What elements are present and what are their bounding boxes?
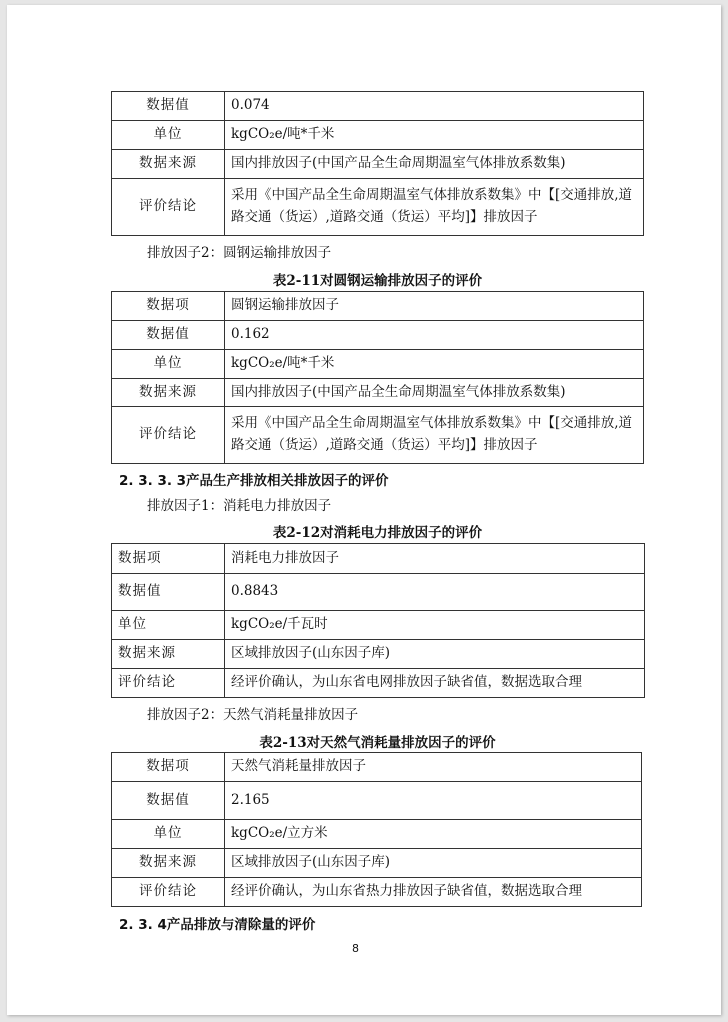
row-value: 0.074 <box>225 92 644 121</box>
row-value: 区域排放因子(山东因子库) <box>225 849 642 878</box>
row-key: 单位 <box>112 820 225 849</box>
factor2-transport-label: 排放因子2：圆钢运输排放因子 <box>147 241 331 261</box>
row-value: 消耗电力排放因子 <box>225 544 645 574</box>
table-row: 数据值 0.074 <box>112 92 644 121</box>
document-page: 数据值 0.074 单位 kgCO₂e/吨*千米 数据来源 国内排放因子(中国产… <box>7 5 721 1015</box>
row-value: 采用《中国产品全生命周期温室气体排放系数集》中【[交通排放,道路交通（货运）,道… <box>225 179 644 236</box>
table-row: 数据值 0.8843 <box>112 574 645 611</box>
row-value: 国内排放因子(中国产品全生命周期温室气体排放系数集) <box>225 379 644 407</box>
row-key: 数据项 <box>112 544 225 574</box>
table-row: 评价结论 经评价确认，为山东省电网排放因子缺省值，数据选取合理 <box>112 669 645 698</box>
row-key: 评价结论 <box>112 179 225 236</box>
row-key: 数据项 <box>112 753 225 782</box>
table-row: 数据项 天然气消耗量排放因子 <box>112 753 642 782</box>
table-row: 数据来源 区域排放因子(山东因子库) <box>112 640 645 669</box>
table-row: 数据来源 国内排放因子(中国产品全生命周期温室气体排放系数集) <box>112 379 644 407</box>
table-row: 数据项 圆钢运输排放因子 <box>112 292 644 321</box>
table-row: 单位 kgCO₂e/吨*千米 <box>112 350 644 379</box>
table-row: 数据来源 国内排放因子(中国产品全生命周期温室气体排放系数集) <box>112 150 644 179</box>
table-2-12: 数据项 消耗电力排放因子 数据值 0.8843 单位 kgCO₂e/千瓦时 数据… <box>111 543 645 698</box>
table-row: 单位 kgCO₂e/千瓦时 <box>112 611 645 640</box>
row-value: kgCO₂e/千瓦时 <box>225 611 645 640</box>
row-key: 评价结论 <box>112 669 225 698</box>
row-value: kgCO₂e/立方米 <box>225 820 642 849</box>
table-row: 评价结论 经评价确认，为山东省热力排放因子缺省值，数据选取合理 <box>112 878 642 907</box>
row-key: 评价结论 <box>112 878 225 907</box>
row-key: 数据来源 <box>112 849 225 878</box>
row-value: 0.8843 <box>225 574 645 611</box>
row-value: 2.165 <box>225 782 642 820</box>
row-value: 经评价确认，为山东省热力排放因子缺省值，数据选取合理 <box>225 878 642 907</box>
section-heading-2-3-4: 2. 3. 4产品排放与清除量的评价 <box>119 913 315 933</box>
row-value: kgCO₂e/吨*千米 <box>225 121 644 150</box>
row-value: 圆钢运输排放因子 <box>225 292 644 321</box>
row-value: 天然气消耗量排放因子 <box>225 753 642 782</box>
table-row: 评价结论 采用《中国产品全生命周期温室气体排放系数集》中【[交通排放,道路交通（… <box>112 407 644 464</box>
row-key: 评价结论 <box>112 407 225 464</box>
table-transport-prev: 数据值 0.074 单位 kgCO₂e/吨*千米 数据来源 国内排放因子(中国产… <box>111 91 644 236</box>
row-value: 区域排放因子(山东因子库) <box>225 640 645 669</box>
page-number: 8 <box>352 942 359 955</box>
table-row: 数据来源 区域排放因子(山东因子库) <box>112 849 642 878</box>
table-row: 单位 kgCO₂e/吨*千米 <box>112 121 644 150</box>
table-2-12-caption: 表2-12对消耗电力排放因子的评价 <box>111 521 644 541</box>
row-key: 数据来源 <box>112 150 225 179</box>
row-value: 国内排放因子(中国产品全生命周期温室气体排放系数集) <box>225 150 644 179</box>
row-value: 经评价确认，为山东省电网排放因子缺省值，数据选取合理 <box>225 669 645 698</box>
table-row: 评价结论 采用《中国产品全生命周期温室气体排放系数集》中【[交通排放,道路交通（… <box>112 179 644 236</box>
row-key: 数据项 <box>112 292 225 321</box>
table-row: 数据值 2.165 <box>112 782 642 820</box>
row-key: 单位 <box>112 611 225 640</box>
table-2-13: 数据项 天然气消耗量排放因子 数据值 2.165 单位 kgCO₂e/立方米 数… <box>111 752 642 907</box>
row-value: 采用《中国产品全生命周期温室气体排放系数集》中【[交通排放,道路交通（货运）,道… <box>225 407 644 464</box>
table-2-11: 数据项 圆钢运输排放因子 数据值 0.162 单位 kgCO₂e/吨*千米 数据… <box>111 291 644 464</box>
row-key: 数据值 <box>112 92 225 121</box>
factor2-production-label: 排放因子2：天然气消耗量排放因子 <box>147 703 358 723</box>
section-heading-2-3-3-3: 2. 3. 3. 3产品生产排放相关排放因子的评价 <box>119 469 389 489</box>
table-2-13-caption: 表2-13对天然气消耗量排放因子的评价 <box>111 731 644 751</box>
table-row: 数据值 0.162 <box>112 321 644 350</box>
row-value: kgCO₂e/吨*千米 <box>225 350 644 379</box>
row-key: 单位 <box>112 350 225 379</box>
row-key: 数据来源 <box>112 379 225 407</box>
table-2-11-caption: 表2-11对圆钢运输排放因子的评价 <box>111 269 644 289</box>
table-row: 数据项 消耗电力排放因子 <box>112 544 645 574</box>
row-key: 数据值 <box>112 782 225 820</box>
row-value: 0.162 <box>225 321 644 350</box>
factor1-production-label: 排放因子1：消耗电力排放因子 <box>147 494 331 514</box>
row-key: 数据值 <box>112 574 225 611</box>
row-key: 数据值 <box>112 321 225 350</box>
table-row: 单位 kgCO₂e/立方米 <box>112 820 642 849</box>
row-key: 单位 <box>112 121 225 150</box>
row-key: 数据来源 <box>112 640 225 669</box>
